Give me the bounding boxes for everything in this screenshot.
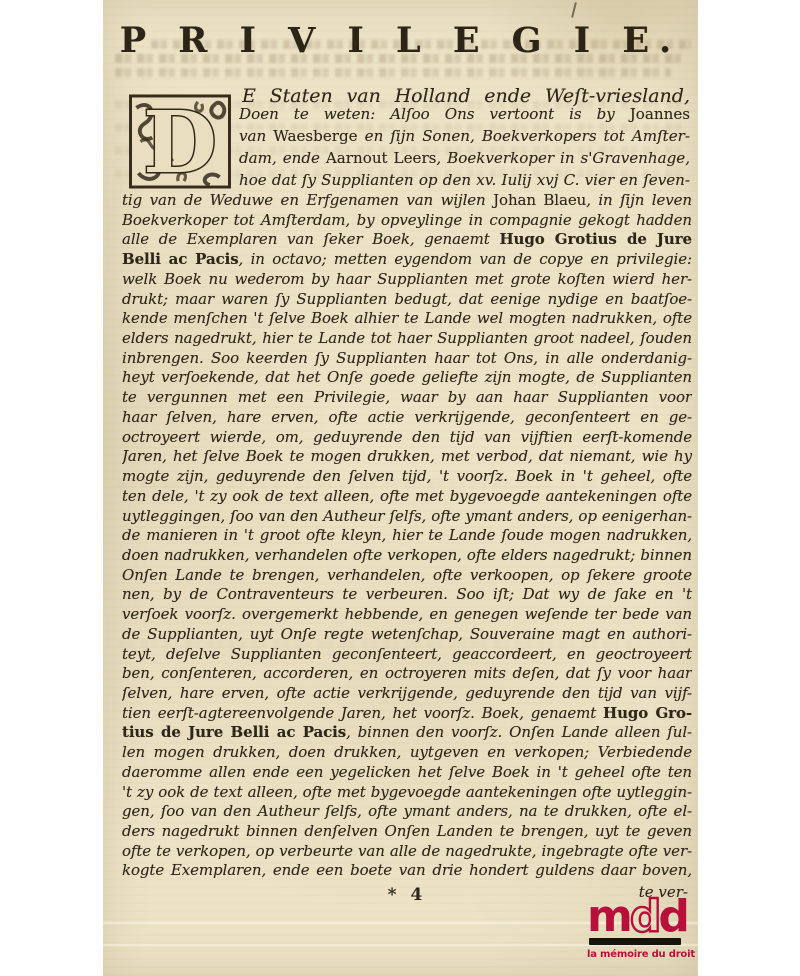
logo-letter-d: d (658, 891, 687, 942)
text-line: octroyeert wierde, om, geduyrende den ti… (122, 428, 692, 448)
text-line: ders nagedrukt binnen denſelven Onſen La… (122, 822, 692, 842)
text-line: ofte te verkopen, op verbeurte van alle … (122, 842, 692, 862)
text-line: de manieren in 't groot ofte kleyn, hier… (122, 526, 692, 546)
text-line: tius de Jure Belli ac Pacis, binnen den … (122, 723, 692, 743)
text-line: inbrengen. Soo keerden ſy Supplianten ha… (122, 349, 692, 369)
text-line: ben, conſenteren, accorderen, en octroye… (122, 664, 692, 684)
text-line: daeromme allen ende een yegelicken het ſ… (122, 763, 692, 783)
text-line: doen nadrukken, verhandelen ofte verkope… (122, 546, 692, 566)
text-line: Jaren, het ſelve Boek te mogen drukken, … (122, 447, 692, 467)
text-line: van Waesberge en ſijn Sonen, Boekverkope… (239, 125, 690, 147)
text-line: teyt, deſelve Supplianten geconſenteert,… (122, 645, 692, 665)
book-page-photo: P R I V I L E G I E. D E Staten van Holl… (103, 0, 698, 976)
text-line: kende menſchen 't ſelve Boek alhier te L… (122, 309, 692, 329)
text-line: ſelven, hare erven, ofte actie verkrijge… (122, 684, 692, 704)
dropcap-letter: D (143, 94, 217, 189)
page-text-block: D E Staten van Holland ende Weſt-vriesla… (103, 0, 698, 976)
text-line: Onſen Lande te brengen, verhandelen, oft… (122, 566, 692, 586)
text-line: tig van de Weduwe en Erfgenamen van wijl… (122, 191, 692, 211)
text-line: 't zy ook de text alleen, ofte met bygev… (122, 783, 692, 803)
mdd-logo-letters: mdd (587, 896, 695, 938)
text-line: tien eerſt-agtereenvolgende Jaren, het v… (122, 704, 692, 724)
text-line: alle de Exemplaren van ſeker Boek, genae… (122, 230, 692, 250)
text-line: elders nagedrukt, hier te Lande tot haer… (122, 329, 692, 349)
text-line: gen, ſoo van den Autheur ſelfs, ofte yma… (122, 802, 692, 822)
dropcap-ornament: D (128, 94, 232, 189)
logo-tagline: la mémoire du droit (587, 949, 695, 960)
text-line: de Supplianten, uyt Onſe regte wetenſcha… (122, 625, 692, 645)
text-line: Belli ac Pacis, in octavo; metten eygend… (122, 250, 692, 270)
text-line: drukt; maar waren ſy Supplianten bedugt,… (122, 290, 692, 310)
text-line: verſoek voorſz. overgemerkt hebbende, en… (122, 605, 692, 625)
text-line: uytleggingen, ſoo van den Autheur ſelfs,… (122, 507, 692, 527)
text-line: kogte Exemplaren, ende een boete van dri… (122, 861, 692, 881)
text-line: Boekverkoper tot Amſterdam, by opveyling… (122, 211, 692, 231)
logo-letter-m: m (587, 891, 630, 942)
text-line: dam, ende Aarnout Leers, Boekverkoper in… (239, 147, 690, 169)
text-line: hoe dat ſy Supplianten op den xv. Iulij … (239, 169, 690, 191)
text-line: welk Boek nu wederom by haar Supplianten… (122, 270, 692, 290)
text-line: heyt verſoekende, dat het Onſe goede gel… (122, 368, 692, 388)
signature-mark: * 4 (388, 885, 427, 905)
text-line: ten dele, 't zy ook de text alleen, ofte… (122, 487, 692, 507)
body-paragraph: tig van de Weduwe en Erfgenamen van wijl… (122, 191, 692, 881)
text-line: te vergunnen met een Privilegie, waar by… (122, 388, 692, 408)
logo-letter-d-outline: d (630, 891, 659, 942)
text-line: Doen te weten: Alſoo Ons vertoont is by … (239, 103, 690, 125)
page-title: P R I V I L E G I E. (103, 20, 698, 61)
text-line: nen, by de Contraventeurs te verbeuren. … (122, 585, 692, 605)
intro-paragraph: Doen te weten: Alſoo Ons vertoont is by … (239, 103, 690, 191)
text-line: len mogen drukken, doen drukken, uytgeve… (122, 743, 692, 763)
mdd-logo: mdd la mémoire du droit (587, 896, 695, 960)
text-line: haar ſelven, hare erven, ofte actie verk… (122, 408, 692, 428)
text-line: mogte zijn, geduyrende den ſelven tijd, … (122, 467, 692, 487)
